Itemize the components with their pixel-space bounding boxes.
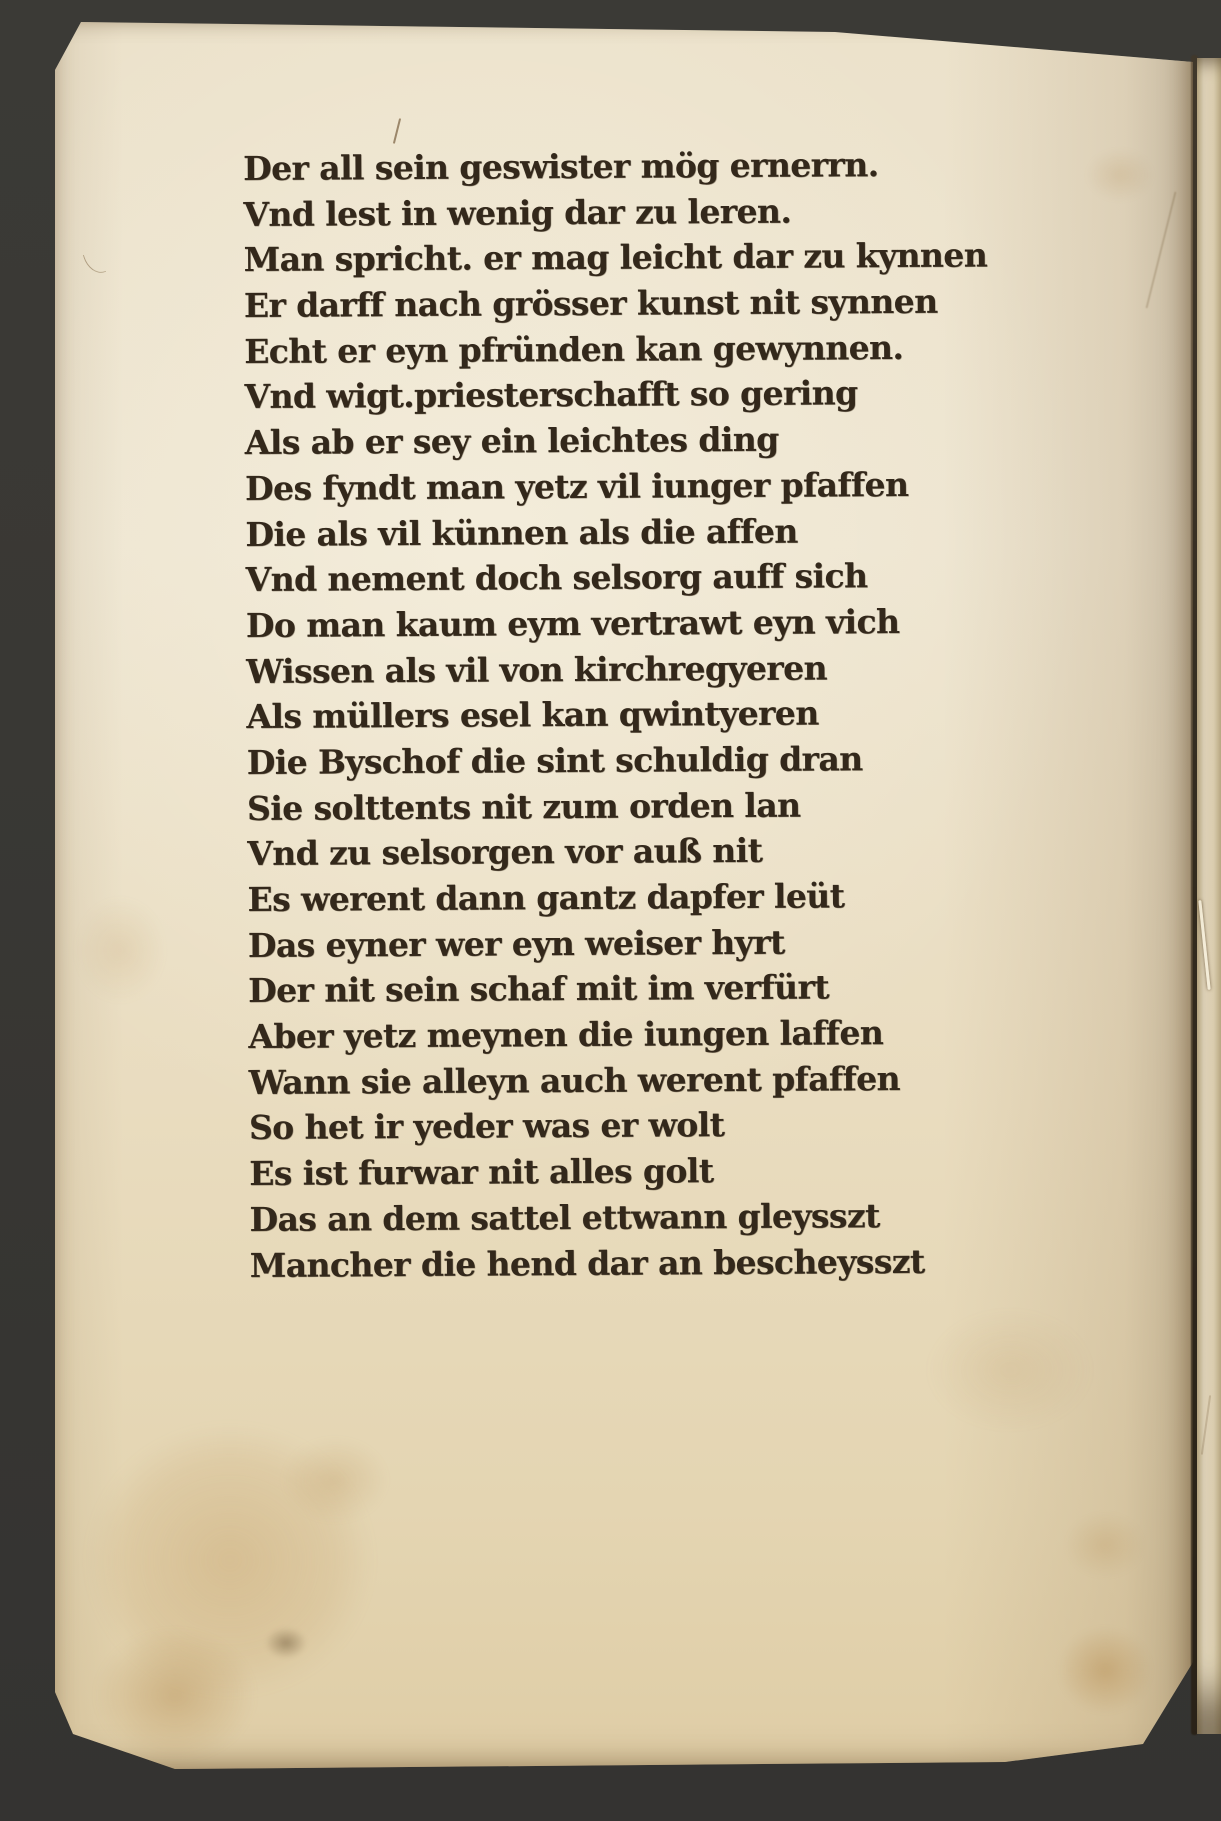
poem-line: Vnd nement doch selsorg auff sich bbox=[246, 553, 1006, 603]
poem-line: Das eyner wer eyn weiser hyrt bbox=[248, 918, 1008, 968]
poem-line: Vnd lest in wenig dar zu leren. bbox=[243, 187, 1003, 237]
poem-line: Es werent dann gantz dapfer leüt bbox=[247, 872, 1007, 922]
poem-line: Vnd zu selsorgen vor auß nit bbox=[247, 827, 1007, 877]
adjacent-page-edge bbox=[1197, 58, 1221, 1734]
poem-line: Sie solttents nit zum orden lan bbox=[247, 781, 1007, 831]
poem-line: Wissen als vil von kirchregyeren bbox=[246, 644, 1006, 694]
poem-line: Die Byschof die sint schuldig dran bbox=[247, 735, 1007, 785]
poem-line: Echt er eyn pfründen kan gewynnen. bbox=[244, 324, 1004, 374]
poem-line: Der all sein geswister mög ernerrn. bbox=[243, 141, 1003, 191]
poem-line: Als müllers esel kan qwintyeren bbox=[246, 690, 1006, 740]
poem-line: Es ist furwar nit alles golt bbox=[249, 1146, 1009, 1196]
poem-line: Aber yetz meynen die iungen laffen bbox=[248, 1009, 1008, 1059]
poem-text: Der all sein geswister mög ernerrn. Vnd … bbox=[243, 141, 1010, 1288]
poem-line: Vnd wigt.priesterschafft so gering bbox=[244, 370, 1004, 420]
poem-line: Das an dem sattel ettwann gleysszt bbox=[249, 1192, 1009, 1242]
poem-line: Als ab er sey ein leichtes ding bbox=[245, 415, 1005, 465]
poem-line: Mancher die hend dar an bescheysszt bbox=[250, 1238, 1010, 1288]
poem-line: Er darff nach grösser kunst nit synnen bbox=[244, 278, 1004, 328]
poem-line: Do man kaum eym vertrawt eyn vich bbox=[246, 598, 1006, 648]
poem-line: So het ir yeder was er wolt bbox=[249, 1101, 1009, 1151]
poem-line: Der nit sein schaf mit im verfürt bbox=[248, 964, 1008, 1014]
poem-line: Des fyndt man yetz vil iunger pfaffen bbox=[245, 461, 1005, 511]
poem-line: Wann sie alleyn auch werent pfaffen bbox=[249, 1055, 1009, 1105]
poem-line: Die als vil künnen als die affen bbox=[245, 507, 1005, 557]
screenshot-root: { "page": { "lines": [ "Der all sein ges… bbox=[0, 0, 1221, 1821]
poem-line: Man spricht. er mag leicht dar zu kynnen bbox=[244, 233, 1004, 283]
